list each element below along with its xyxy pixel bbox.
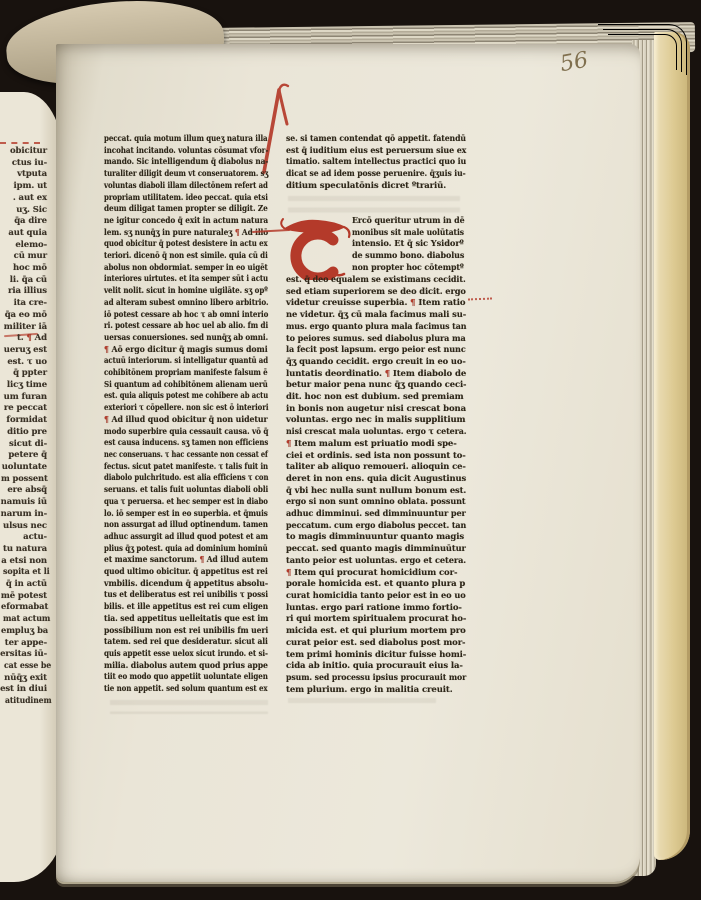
text-line: tu natura: [3, 544, 47, 556]
text-line: militer iā: [4, 322, 47, 334]
text-line: ditium speculatōnis dicret ºtrariū.: [286, 181, 446, 193]
text-line: m possent: [1, 474, 48, 486]
text-line: cat esse be: [4, 661, 51, 673]
text-line: seruans. et talis fuit uoluntas diaboli …: [104, 485, 268, 497]
text-line: est causa inducens. sʒ tamen non efficie…: [104, 438, 268, 450]
text-line: tie non appetit. sed solum quantum est e…: [104, 684, 268, 696]
text-line: ulsus nec: [3, 521, 47, 533]
text-line: uersas conuersiones. sed nunq̄ʒ ab omni.: [104, 333, 268, 345]
text-line: adhuc dimminui. sed dimminuuntur per: [286, 509, 466, 521]
text-line: ¶ Item qui procurat homicidium cor-: [286, 568, 457, 580]
text-line: obicitur: [10, 146, 47, 158]
text-line: ad alteram subest omnino libero arbitrio…: [104, 298, 268, 310]
text-line: actuū interiorum. si intelligatur quantū…: [104, 356, 268, 368]
text-line: de summo bono. diabolus: [352, 251, 464, 263]
text-line: abolus non obdormiat. semper in eo uigēt: [104, 263, 268, 275]
text-line: tiit eo modo quo appetiit uoluntate elig…: [104, 672, 268, 684]
text-line: diabolo pulchritudo. est alia efficiens …: [104, 473, 268, 485]
text-line: exteriori τ cōpellere. non sic est ō int…: [104, 403, 268, 415]
text-line: voluntas diaboli illam dilectōnem refert…: [104, 181, 268, 193]
text-line: micida est. et qui plurium mortem pro: [286, 626, 466, 638]
text-line: t. ¶ Ad: [17, 333, 47, 345]
text-line: velit nolit. sicut in homine uigilāte. s…: [104, 286, 268, 298]
text-line: mē potest: [1, 591, 47, 603]
text-line: taliter ab aliquo remoueri. alioquin ce-: [286, 462, 466, 474]
text-line: curat homicidia tanto peior est in eo uo: [286, 591, 466, 603]
text-line: li. q̄a cū: [10, 275, 47, 287]
text-line: ergo si non sunt omnino oblata. possunt: [286, 497, 466, 509]
left-text-column: peccat. quia motum illum queʒ natura ill…: [104, 134, 268, 696]
text-line: ri qui mortem spiritualem procurat ho-: [286, 614, 466, 626]
text-line: videtur creuisse superbia. ¶ Item ratio: [286, 298, 465, 310]
rubricated-initial-T: [280, 212, 352, 280]
text-line: peccat. sed quanto magis dimminuūtur: [286, 544, 466, 556]
text-line: nūq̄ʒ exit: [4, 673, 47, 685]
text-line: cohibitōnem propriam manifeste falsum ē: [104, 368, 268, 380]
text-line: porale homicida est. et quanto plura p: [286, 579, 465, 591]
text-line: um furan: [4, 392, 47, 404]
text-line: tia. sed appetitus uelleitatis que est i…: [104, 614, 268, 626]
text-line: deum diligat tamen propter se diligit. Z…: [104, 204, 268, 216]
text-line: in bonis non augetur nisi crescat bona: [286, 404, 466, 416]
text-line: uoluntate: [2, 462, 47, 474]
text-line: ueruʒ est: [4, 345, 47, 357]
text-line: est q̄ iuditium eius est peruersum siue …: [286, 146, 466, 158]
facing-page-partial: obiciturctus iu-vtputaipm. ut. aut exuʒ.…: [0, 92, 64, 882]
text-line: cida ab initio. quia procurauit eius la-: [286, 661, 463, 673]
text-line: nisi crescat mala uoluntas. ergo τ ceter…: [286, 427, 466, 439]
text-line: est. quia aliquis potest me cohibere ab …: [104, 391, 268, 403]
text-line: ne igitur concedo q̄ exit in actum natur…: [104, 216, 268, 228]
text-line: ita cre-: [14, 298, 47, 310]
text-line: eformabat: [1, 602, 48, 614]
text-line: est. q̄ deo equalem se existimans cecidi…: [286, 275, 466, 287]
text-line: elemo-: [15, 240, 47, 252]
text-line: . aut ex: [13, 193, 47, 205]
text-line: sopita et li: [3, 567, 50, 579]
text-line: tatem. sed rei que desideratur. sicut al…: [104, 637, 268, 649]
text-line: tanto peior est uoluntas. ergo et cetera…: [286, 556, 466, 568]
text-line: quod obicitur q̄ potest desistere in act…: [104, 239, 268, 251]
text-line: est in diui: [0, 684, 47, 696]
text-line: psum. sed processu ipsius procurauit mor: [286, 673, 466, 685]
right-text-column-indented: Ercō queritur utrum in dēmonibus sit mal…: [352, 216, 464, 275]
text-line: betur maior pena nunc q̄ʒ quando ceci-: [286, 380, 466, 392]
text-line: vtputa: [17, 169, 47, 181]
text-line: ter appe-: [5, 638, 47, 650]
facing-page-text-fragments: obiciturctus iu-vtputaipm. ut. aut exuʒ.…: [0, 146, 47, 708]
text-line: quis appetit esse uelox sicut irundo. et…: [104, 649, 268, 661]
text-line: empluʒ ba: [1, 626, 48, 638]
text-line: luntatis deordinatio. ¶ Item diabolo de: [286, 369, 466, 381]
text-line: q̄ʒ quando cecidit. ergo creuit in eo uo…: [286, 357, 466, 369]
text-line: ri. potest cessare ab hoc uel ab alio. f…: [104, 321, 268, 333]
text-line: luntas. ergo pari ratione immo fortio-: [286, 603, 462, 615]
text-line: possibilium non est rei unibilis fm ueri: [104, 626, 268, 638]
text-line: se. si tamen contendat qō appetit. faten…: [286, 134, 466, 146]
text-line: ne videtur. q̄ʒ cū mala facimus mali su-: [286, 310, 466, 322]
text-line: non assurgat ad illud optinendum. tamen: [104, 520, 268, 532]
text-line: mando. Sic intelligendum q̄ diabolus na-: [104, 157, 268, 169]
text-line: tem primi hominis dicitur fuisse homi-: [286, 650, 466, 662]
right-text-column-top: se. si tamen contendat qō appetit. faten…: [286, 134, 466, 193]
text-line: mus. ergo quanto plura mala facimus tan: [286, 322, 466, 334]
text-line: dit. hoc non est dubium. sed premiam: [286, 392, 464, 404]
text-line: milia. diabolus autem quod prius appe: [104, 661, 268, 673]
text-line: ere absq̄: [7, 485, 47, 497]
text-line: tus et deliberatus est rei unibilis τ po…: [104, 590, 268, 602]
text-line: re peccat: [4, 403, 47, 415]
text-line: ditio pre: [7, 427, 47, 439]
text-line: turaliter diligit deum vt conseruatorem.…: [104, 169, 268, 181]
text-line: plius q̄ʒ potest. quia ad dominium homin…: [104, 544, 268, 556]
text-line: a etsi non: [1, 556, 47, 568]
text-line: iō potest cessare ab hoc τ ab omni inter…: [104, 310, 268, 322]
text-line: ctus iu-: [12, 158, 47, 170]
text-line: est. τ uo: [7, 357, 47, 369]
text-line: atitudinem: [5, 696, 52, 708]
text-line: nec conseruans. τ hac cessante non cessa…: [104, 450, 268, 462]
text-line: la fecit post lapsum. ergo peior est nun…: [286, 345, 466, 357]
text-line: lem. sʒ nunq̄ʒ in pure naturaleʒ ¶ Ad il…: [104, 228, 268, 240]
text-line: q̄ ppter: [13, 368, 47, 380]
text-line: ¶ Ad illud quod obicitur q̄ non uidetur: [104, 415, 268, 427]
text-line: incohat incitando. voluntas cōsumat vfor…: [104, 146, 268, 158]
show-through-text: [110, 700, 268, 714]
text-line: ciei et ordinis. sed ista non possunt to…: [286, 451, 466, 463]
text-line: sed etiam superiorem se deo dicit. ergo: [286, 287, 466, 299]
text-line: non propter hoc cōtemptº: [352, 263, 464, 275]
text-line: peccatum. cum ergo diabolus peccet. tan: [286, 521, 466, 533]
text-line: tem plurium. ergo in malitia creuit.: [286, 685, 453, 697]
text-line: ¶ Aō ergo dicitur q̄ magis sumus domi: [104, 345, 268, 357]
text-line: Si quantum ad cohibitōnem alienam uerū: [104, 380, 268, 392]
text-line: intensio. Et q̄ sic Ysidorº: [352, 239, 464, 251]
text-line: q̄ vbi hec nulla sunt nullum bonum est.: [286, 486, 466, 498]
text-line: bilis. et ille appetitus est rei cum eli…: [104, 602, 268, 614]
right-text-column: est. q̄ deo equalem se existimans cecidi…: [286, 275, 466, 696]
text-line: adhuc assurgit ad illud quod potest et a…: [104, 532, 268, 544]
book-photograph: obiciturctus iu-vtputaipm. ut. aut exuʒ.…: [0, 0, 701, 900]
text-line: ria illius: [8, 286, 47, 298]
text-line: fectus. sicut patet manifeste. τ talis f…: [104, 462, 268, 474]
text-line: deret in non ens. quia dicit Augustinus: [286, 474, 466, 486]
text-line: vmbilis. dicendum q̄ appetitus absolu-: [104, 579, 268, 591]
text-line: dicat se ad idem posse peruenire. q̄ʒuis…: [286, 169, 466, 181]
text-line: cū mur: [14, 251, 47, 263]
red-dash-mark: [0, 142, 40, 144]
text-line: voluntas. ergo nec in malis supplitium: [286, 415, 465, 427]
text-line: propriam utilitatem. ideo peccat. quia e…: [104, 193, 268, 205]
text-line: aut quia: [8, 228, 47, 240]
text-line: modo superbire quia cessauit causa. vō q…: [104, 427, 268, 439]
text-line: ipm. ut: [14, 181, 48, 193]
text-line: curat peior est. sed diabolus post mor-: [286, 638, 465, 650]
text-line: lo. iō semper est in eo superbia. et q̄m…: [104, 509, 268, 521]
text-line: qua τ peruersa. et hec semper est in dia…: [104, 497, 268, 509]
text-line: et maxime sanctorum. ¶ Ad illud autem: [104, 555, 268, 567]
text-line: to peiores sumus. sed diabolus plura ma: [286, 334, 466, 346]
text-line: q̄a eo mō: [5, 310, 47, 322]
show-through-text: [288, 196, 460, 213]
fore-edge: [654, 32, 690, 860]
text-line: ¶ Item malum est priuatio modi spe-: [286, 439, 457, 451]
text-line: uʒ. Sic: [16, 205, 47, 217]
text-line: q̄ in actū: [6, 579, 47, 591]
text-line: interiores uirtutes. et ita semper sūt i…: [104, 274, 268, 286]
text-line: quod ultimo obicitur. q̄ appetitus est r…: [104, 567, 268, 579]
text-line: timatio. saltem intellectus practici quo…: [286, 157, 466, 169]
show-through-text: [288, 698, 436, 708]
text-line: Ercō queritur utrum in dē: [352, 216, 464, 228]
text-line: namuis iū: [1, 497, 47, 509]
text-line: formidat: [6, 415, 47, 427]
text-line: teriori. dicenō q̄ non est simile. quia …: [104, 251, 268, 263]
text-line: q̄a dire: [14, 216, 47, 228]
text-line: licʒ time: [7, 380, 47, 392]
text-line: actu-: [23, 532, 47, 544]
text-line: hoc mō: [13, 263, 47, 275]
text-line: peccat. quia motum illum queʒ natura ill…: [104, 134, 268, 146]
text-line: ersitas iū-: [0, 649, 47, 661]
text-line: to magis dimminuuntur quanto magis: [286, 532, 464, 544]
text-line: monibus sit male uolūtatis: [352, 228, 464, 240]
text-line: sicut di-: [9, 439, 47, 451]
text-line: narum in-: [1, 509, 47, 521]
text-line: mat actum: [3, 614, 50, 626]
text-line: petere q̄: [8, 450, 47, 462]
